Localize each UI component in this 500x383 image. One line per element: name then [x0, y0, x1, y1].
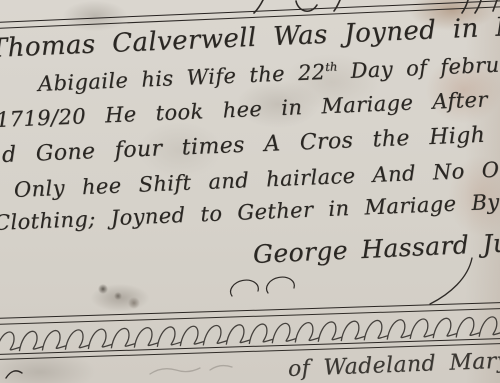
line-2-text: Abigaile his Wife the 22 [37, 60, 325, 96]
signature-descender-flourish [430, 258, 472, 304]
signature-line: George Hassard Juste [252, 227, 500, 269]
faint-ghost-writing [150, 368, 200, 374]
line-2-text-cont: Day of february [337, 51, 500, 83]
signature-text: George Hassard Just [252, 227, 500, 269]
next-entry-fragment: of Wadeland Mary [288, 348, 500, 381]
flourish-oval-loop [231, 280, 259, 296]
bottom-corner-stroke [6, 371, 22, 378]
flourish-oval-loop [267, 277, 295, 293]
superscript-th: th [325, 59, 338, 73]
manuscript-page-photo: Thomas Calverwell Was Joyned in Maria Ab… [0, 0, 500, 383]
faint-ghost-writing [210, 366, 232, 370]
